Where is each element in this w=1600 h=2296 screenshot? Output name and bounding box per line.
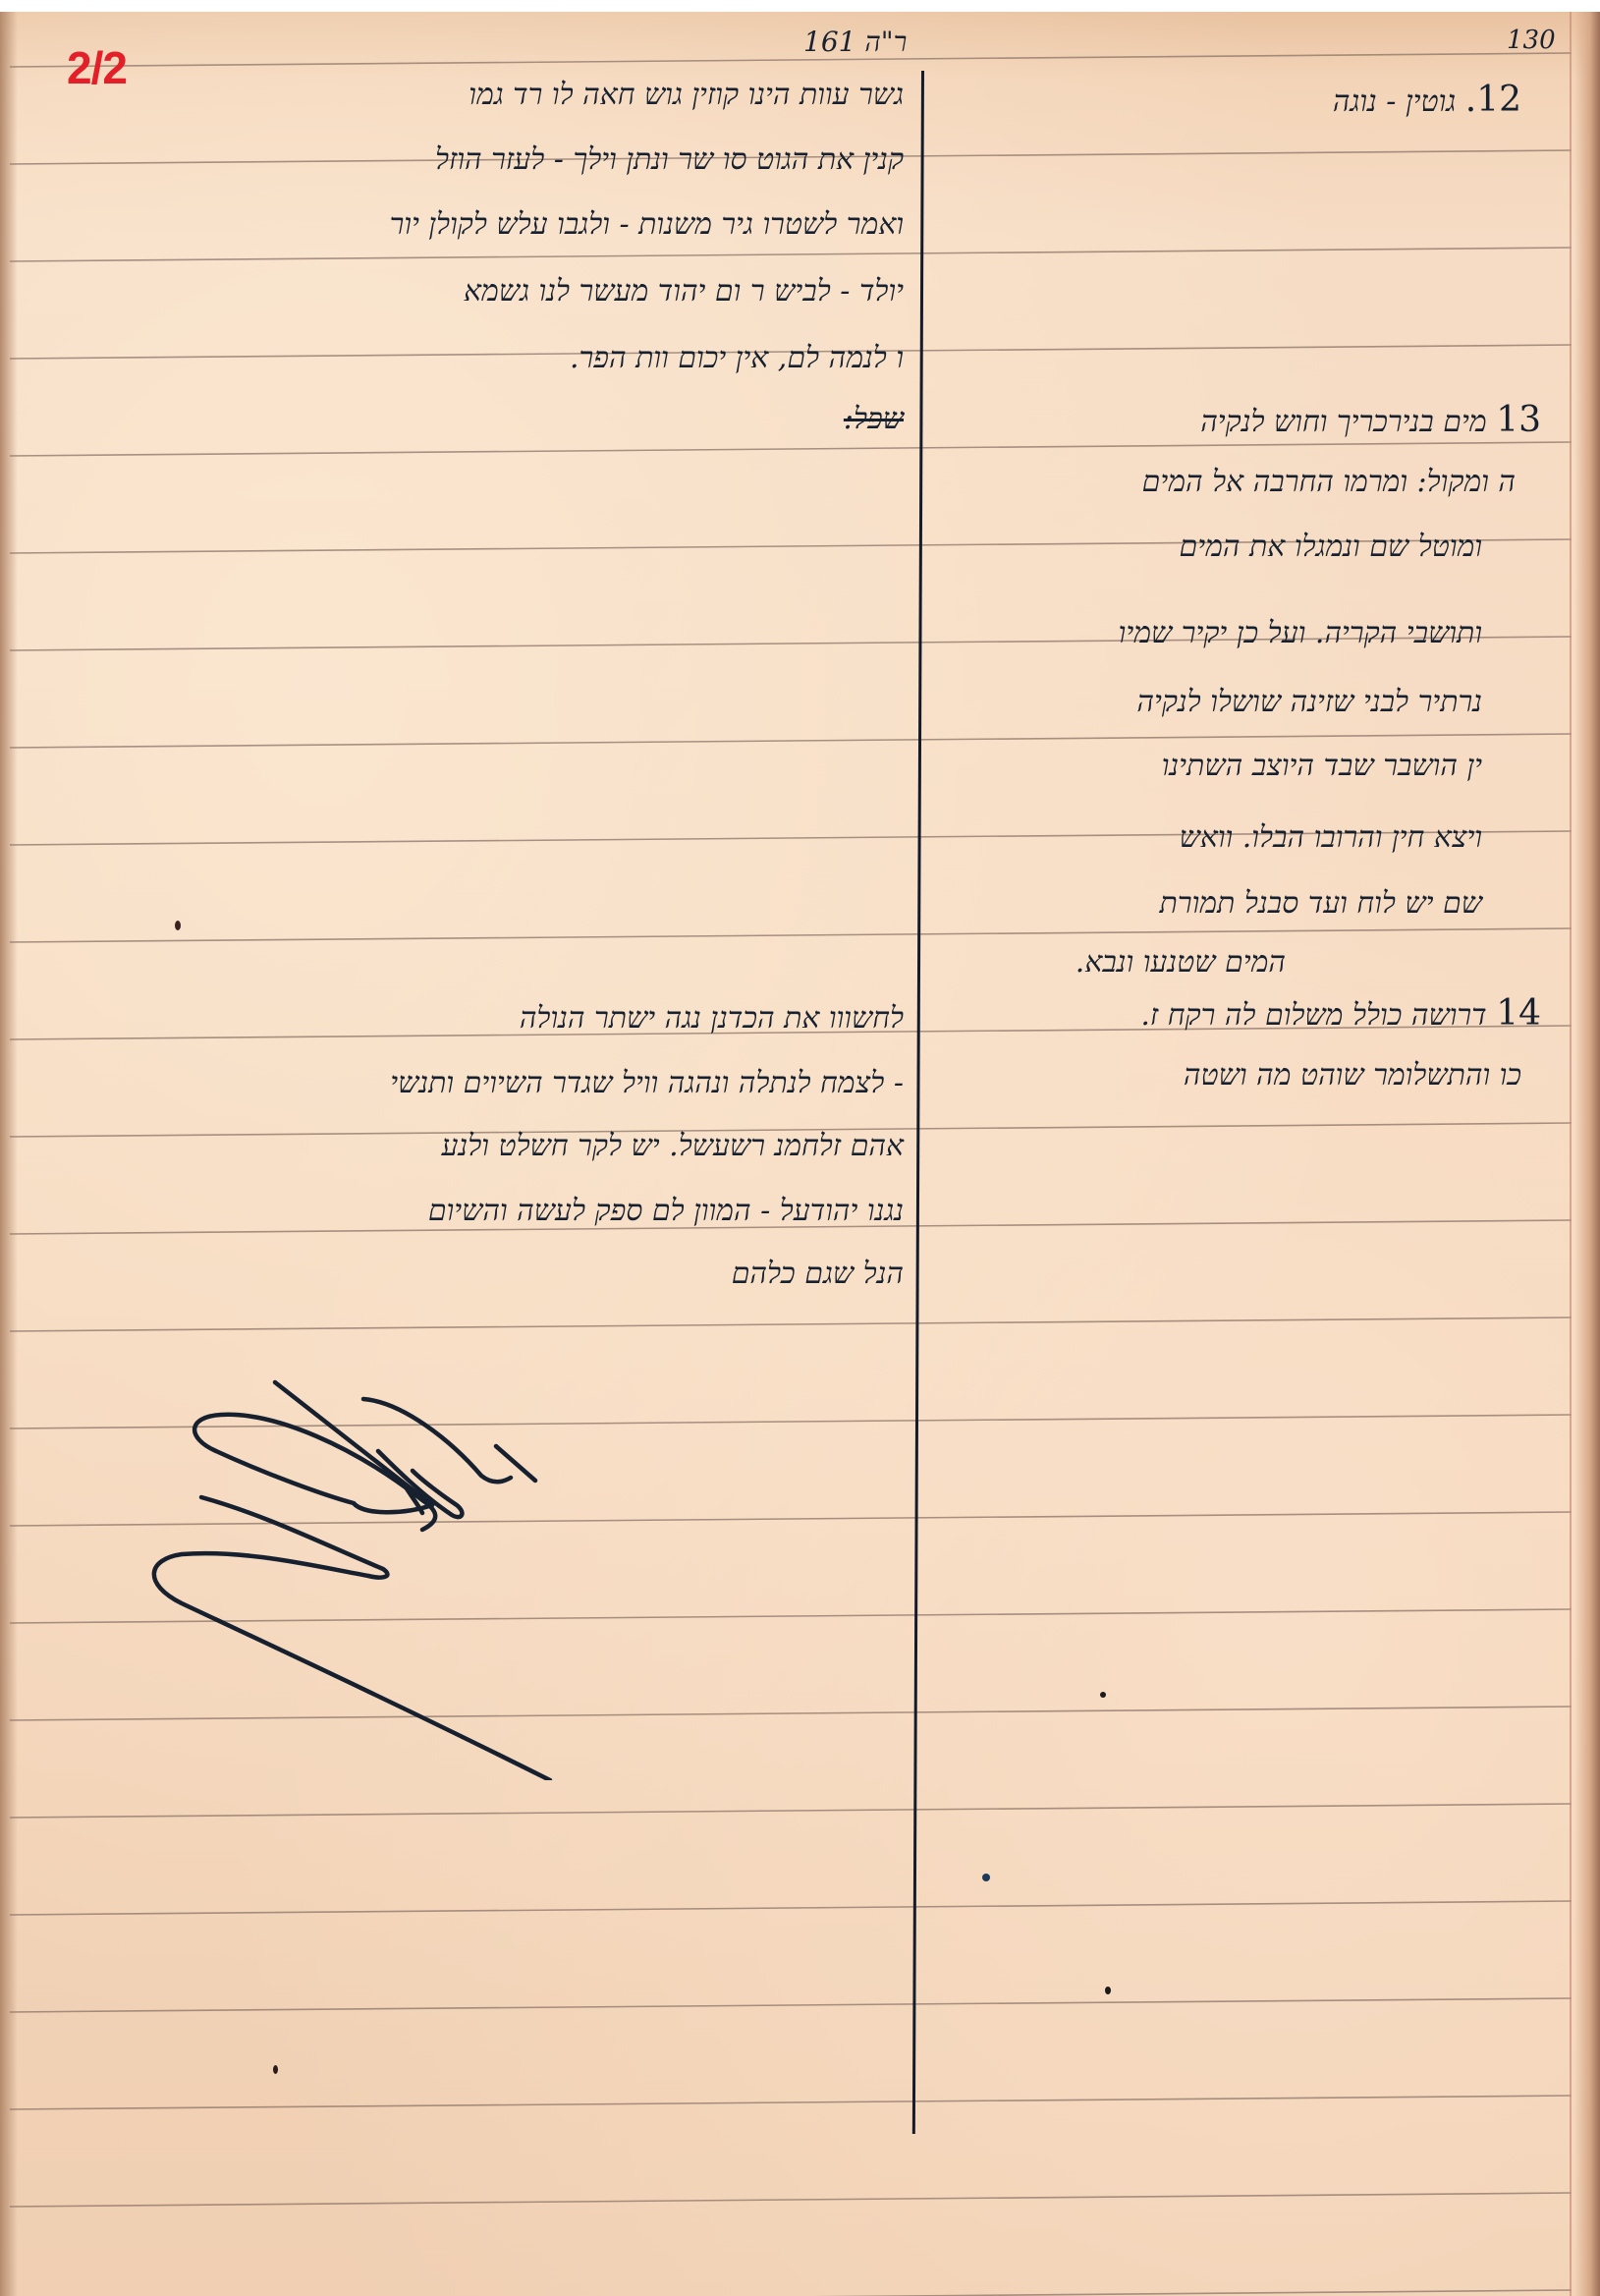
entry-line: ומוטל שם ונמגלו את המים — [1180, 532, 1482, 562]
left-note-top: גשר עוות הינו קוזין גוש חאה לו רד גמו קנ… — [59, 81, 904, 454]
note-line: יולד - לביש ר ום יהוד מעשר לנו גשמא — [464, 277, 904, 307]
note-line: ו לנמה לם, אין יכום וות הפר. — [570, 344, 904, 373]
entry-line: ה ומקול: ומרמו החרבה אל המים — [1142, 468, 1516, 497]
entry-13: 13 מים בנירכריך וחוש לנקיה ה ומקול: ומרמ… — [912, 403, 1541, 992]
notebook-page: 2/2 ר"ה 161 130 12. גוטין - נוגה 13 מים … — [0, 12, 1600, 2296]
note-line: הנל שגם כלהם — [732, 1260, 904, 1289]
note-line: - לצמח לנתלה ונהגה וויל שגדר השיוים ותנש… — [390, 1069, 904, 1098]
note-line: קנין את הגוט סו שר ונתן וילך - לעזר הוזל — [435, 145, 904, 175]
entry-line: שם יש לוח ועד סבנל תמורת — [1160, 889, 1482, 919]
note-line: אהם זלחמנ רשעשל. יש לקר חשלט ולנע — [442, 1132, 905, 1161]
entry-line: ותושבי הקריה. ועל כן יקיר שמיו — [1119, 619, 1482, 648]
entry-line: ין הושבר שבד היוצב השתינו — [1162, 752, 1482, 781]
header-mark-center: ר"ה 161 — [803, 26, 907, 59]
note-line: שפל: — [844, 405, 904, 434]
entry-line: נרתיר לבני שזינה שושלו לנקיה — [1136, 688, 1482, 717]
ink-spot — [1105, 1987, 1111, 1994]
ink-spot — [175, 921, 181, 930]
header-mark-top-right: 130 — [1507, 26, 1556, 55]
ink-spot — [1100, 1692, 1106, 1698]
note-line: נגנו יהודעל - המוון לם ספק לעשה והשיום — [428, 1197, 904, 1226]
note-line: גשר עוות הינו קוזין גוש חאה לו רד גמו — [469, 81, 904, 110]
note-line: לחשווו את הכדנן נגה ישתר הנולה — [520, 1004, 904, 1034]
entry-line: המים שטנעו ונבא. — [1076, 948, 1286, 978]
entry-line: כו והתשלומר שוהט מה ושטה — [1184, 1061, 1521, 1091]
entry-14: 14 דרושה כולל משלום לה רקח ז. כו והתשלומ… — [893, 996, 1541, 1114]
entry-line: גוטין - נוגה — [1333, 84, 1456, 119]
note-line: ואמר לשטרו גיר משנות - ולגבו עלש לקולן י… — [390, 210, 904, 240]
entry-number: 13 — [1496, 400, 1541, 440]
entry-line: ויצא חין והרובו הבלו. וואש — [1180, 823, 1482, 853]
entry-number: 14 — [1496, 993, 1541, 1034]
ink-spot — [982, 1874, 990, 1881]
entry-line: דרושה כולל משלום לה רקח ז. — [1140, 998, 1486, 1033]
right-margin-line — [1570, 12, 1572, 2296]
entry-number: 12. — [1465, 80, 1521, 120]
signature — [128, 1358, 638, 1780]
left-note-bottom: לחשווו את הכדנן נגה ישתר הנולה - לצמח לנ… — [59, 1004, 904, 1328]
ink-spot — [273, 2065, 278, 2074]
entry-line: מים בנירכריך וחוש לנקיה — [1200, 405, 1486, 439]
